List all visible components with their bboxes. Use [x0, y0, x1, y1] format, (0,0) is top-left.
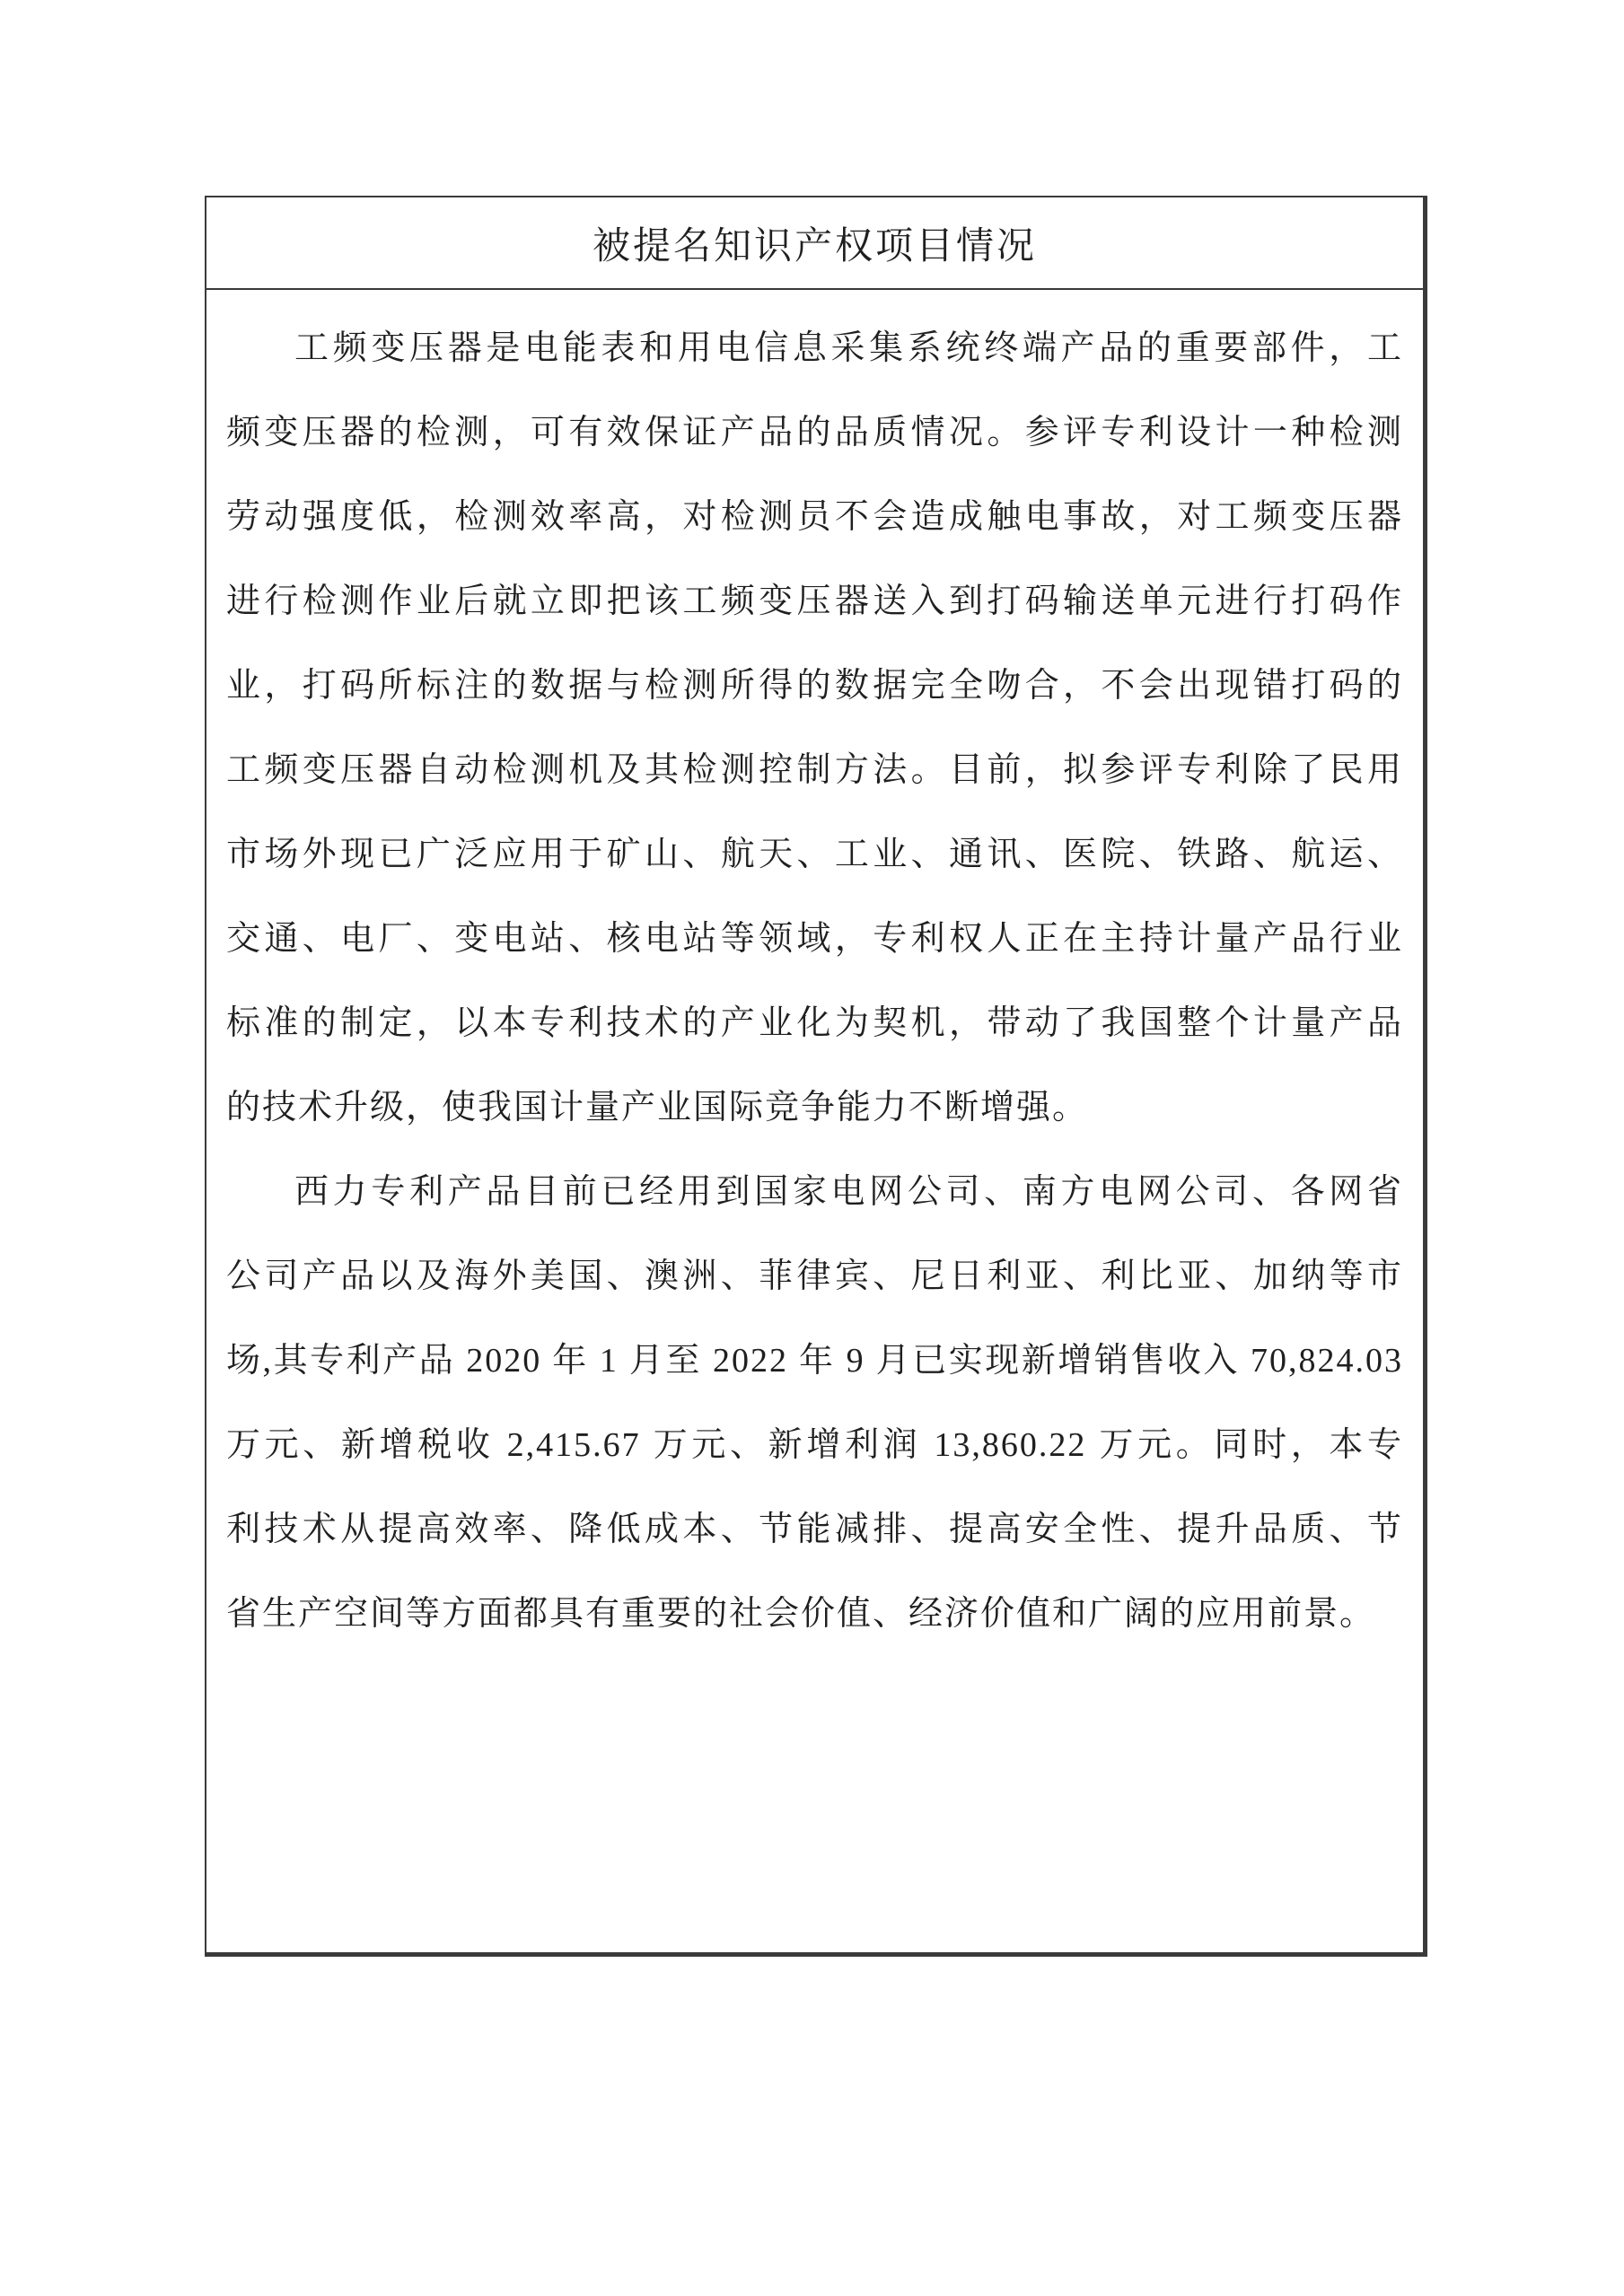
body-line: 工频变压器是电能表和用电信息采集系统终端产品的重要部件，工: [226, 306, 1403, 390]
body-line: 利技术从提高效率、降低成本、节能减排、提高安全性、提升品质、节: [226, 1487, 1403, 1572]
body-line: 交通、电厂、变电站、核电站等领域，专利权人正在主持计量产品行业: [226, 897, 1403, 981]
body-line: 西力专利产品目前已经用到国家电网公司、南方电网公司、各网省: [226, 1150, 1403, 1234]
body-line: 业，打码所标注的数据与检测所得的数据完全吻合，不会出现错打码的: [226, 644, 1403, 728]
body-line: 公司产品以及海外美国、澳洲、菲律宾、尼日利亚、利比亚、加纳等市: [226, 1234, 1403, 1319]
body-line: 场,其专利产品 2020 年 1 月至 2022 年 9 月已实现新增销售收入 …: [226, 1319, 1403, 1403]
body-line: 万元、新增税收 2,415.67 万元、新增利润 13,860.22 万元。同时…: [226, 1403, 1403, 1487]
body-line: 标准的制定，以本专利技术的产业化为契机，带动了我国整个计量产品: [226, 981, 1403, 1065]
panel-title-row: 被提名知识产权项目情况: [206, 197, 1423, 290]
body-line: 劳动强度低，检测效率高，对检测员不会造成触电事故，对工频变压器: [226, 475, 1403, 559]
body-line: 工频变压器自动检测机及其检测控制方法。目前，拟参评专利除了民用: [226, 728, 1403, 812]
nominated-ip-project-panel: 被提名知识产权项目情况 工频变压器是电能表和用电信息采集系统终端产品的重要部件，…: [205, 196, 1427, 1957]
body-line: 的技术升级，使我国计量产业国际竞争能力不断增强。: [226, 1065, 1403, 1150]
panel-body: 工频变压器是电能表和用电信息采集系统终端产品的重要部件，工 频变压器的检测，可有…: [206, 290, 1423, 1656]
body-line: 频变压器的检测，可有效保证产品的品质情况。参评专利设计一种检测: [226, 390, 1403, 475]
body-line: 省生产空间等方面都具有重要的社会价值、经济价值和广阔的应用前景。: [226, 1572, 1403, 1656]
body-line: 进行检测作业后就立即把该工频变压器送入到打码输送单元进行打码作: [226, 559, 1403, 644]
body-line: 市场外现已广泛应用于矿山、航天、工业、通讯、医院、铁路、航运、: [226, 812, 1403, 897]
panel-title: 被提名知识产权项目情况: [593, 216, 1037, 270]
